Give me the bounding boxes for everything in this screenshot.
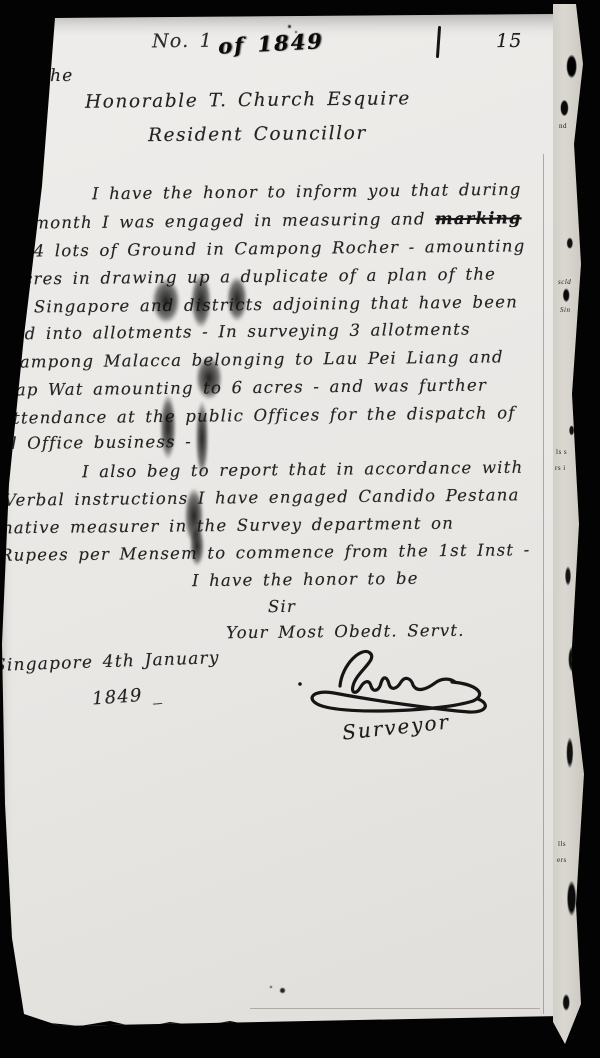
ink-bleed-mark [148, 272, 184, 330]
ink-speck [288, 25, 291, 28]
print-fragment: scld [558, 278, 571, 286]
letter-line: Jap Wat amounting to 6 acres - and was f… [8, 375, 487, 399]
page-crease [250, 1008, 540, 1009]
letter-line: I have the honor to inform you that duri… [92, 180, 522, 203]
letter-line: native measurer in the Survey department… [2, 514, 454, 538]
document-page: No. 1 of 1849 15 the Honorable T. Church… [0, 14, 586, 1036]
letter-line-text: t month I was engaged in measuring and [16, 209, 426, 232]
print-fragment: nd [559, 122, 567, 130]
letter-line: attendance at the public Offices for the… [2, 403, 516, 427]
letter-line: t month I was engaged in measuring and m… [16, 208, 522, 232]
pen-tick-mark [436, 26, 441, 58]
print-fragment: lls [558, 840, 566, 848]
dateline-place: Singapore 4th January [0, 648, 220, 676]
document-scan: No. 1 of 1849 15 the Honorable T. Church… [0, 0, 600, 1058]
ink-bleed-mark [158, 385, 178, 469]
print-fragment: ers [557, 856, 567, 864]
addressee-title: Resident Councillor [148, 123, 367, 146]
ink-speck [270, 986, 272, 988]
letter-line: 54 lots of Ground in Campong Rocher - am… [22, 236, 526, 260]
letter-line: Rupees per Mensem to commence from the 1… [0, 540, 531, 565]
letter-line: Campong Malacca belonging to Lau Pei Lia… [6, 347, 504, 371]
ink-bleed-mark [188, 266, 214, 336]
dateline-year: 1849 _ [91, 684, 163, 710]
print-fragment: Sin [560, 306, 570, 314]
page-crease [543, 154, 544, 1014]
print-fragment: rs i [555, 464, 566, 472]
ink-speck [280, 988, 285, 993]
struck-word: marking [435, 208, 522, 228]
print-fragment: ls s [556, 448, 567, 456]
address-prefix: the [42, 66, 74, 86]
ink-bleed-mark [224, 270, 250, 328]
letter-line: of Singapore and districts adjoining tha… [6, 292, 518, 316]
closing-line: Sir [268, 597, 296, 616]
ink-bleed-mark [188, 520, 206, 572]
docket-year: of 1849 [217, 28, 324, 59]
salutation: Sir [2, 150, 28, 168]
ink-bleed-mark [194, 390, 210, 486]
docket-number: No. 1 [152, 30, 213, 53]
closing-line: I have the honor to be [192, 569, 419, 590]
ink-speck [295, 31, 297, 33]
adjacent-page-edge: nd scld Sin ls s rs i lls ers [550, 4, 586, 1044]
letter-line: acres in drawing up a duplicate of a pla… [12, 264, 496, 288]
torn-bottom-edge [0, 1012, 586, 1036]
letter-line: Verbal instructions I have engaged Candi… [4, 485, 520, 509]
page-number: 15 [496, 30, 523, 52]
letter-line: I also beg to report that in accordance … [82, 458, 524, 482]
addressee: Honorable T. Church Esquire [85, 88, 411, 112]
